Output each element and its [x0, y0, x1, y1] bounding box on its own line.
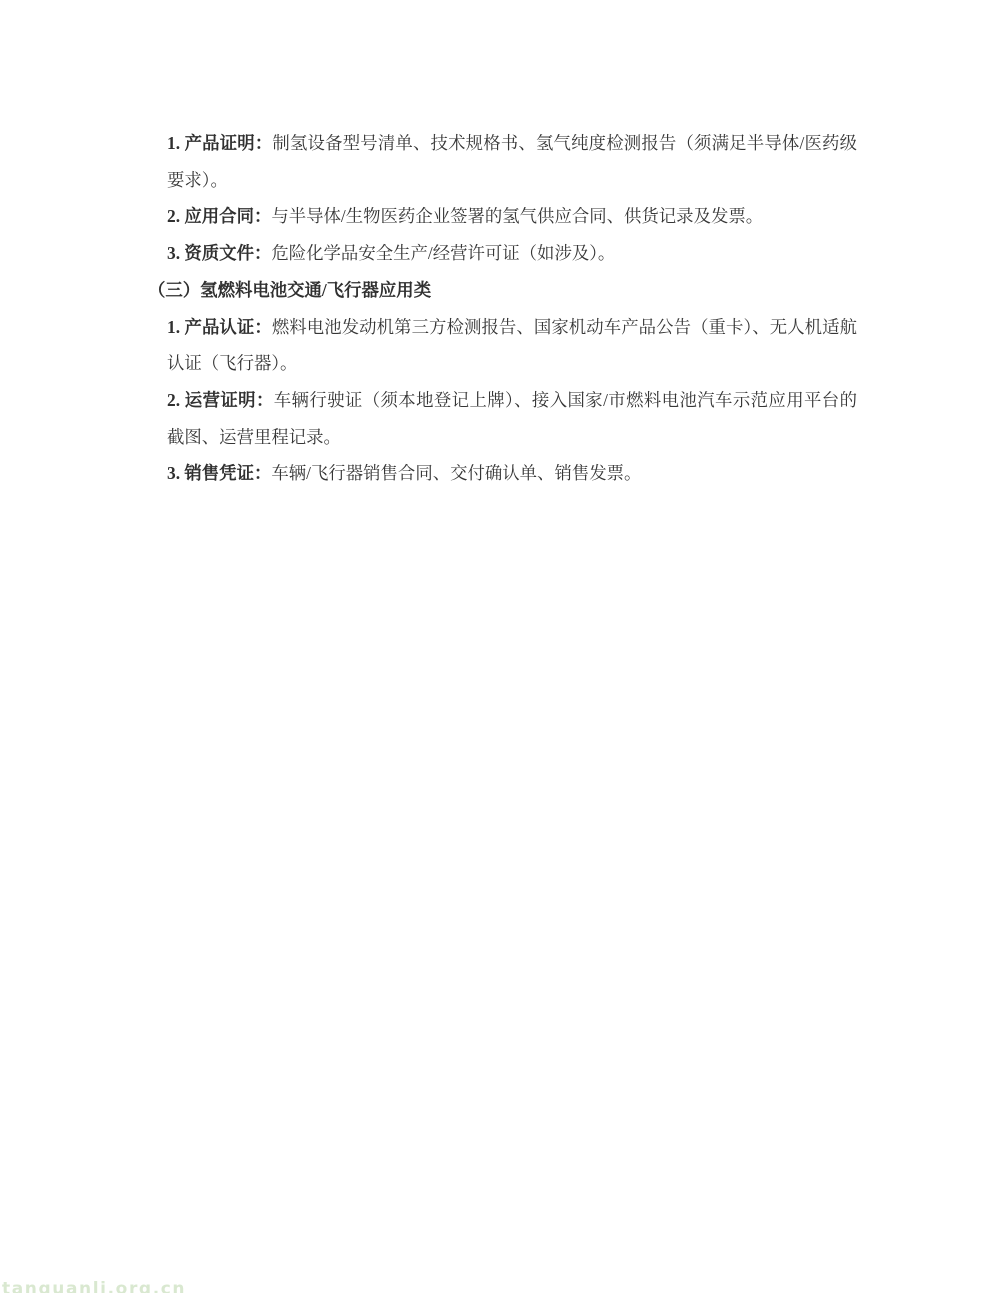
- paragraph-label: 1. 产品证明：: [167, 133, 272, 153]
- paragraph-label: 3. 销售凭证：: [167, 463, 271, 483]
- paragraph-text: 车辆/飞行器销售合同、交付确认单、销售发票。: [271, 463, 641, 483]
- paragraph: 3. 销售凭证：车辆/飞行器销售合同、交付确认单、销售发票。: [167, 455, 857, 492]
- paragraph: 2. 运营证明：车辆行驶证（须本地登记上牌）、接入国家/市燃料电池汽车示范应用平…: [167, 382, 857, 455]
- paragraph-text: 危险化学品安全生产/经营许可证（如涉及）。: [271, 243, 615, 263]
- paragraph-text: 与半导体/生物医药企业签署的氢气供应合同、供货记录及发票。: [271, 206, 763, 226]
- document-body: 1. 产品证明：制氢设备型号清单、技术规格书、氢气纯度检测报告（须满足半导体/医…: [148, 125, 860, 492]
- paragraph: 1. 产品认证：燃料电池发动机第三方检测报告、国家机动车产品公告（重卡）、无人机…: [167, 309, 857, 382]
- paragraph-label: 1. 产品认证：: [167, 317, 272, 337]
- paragraph: 2. 应用合同：与半导体/生物医药企业签署的氢气供应合同、供货记录及发票。: [167, 198, 857, 235]
- paragraph: 3. 资质文件：危险化学品安全生产/经营许可证（如涉及）。: [167, 235, 857, 272]
- watermark: tanguanli.org.cn: [2, 1279, 186, 1293]
- paragraph-label: 2. 运营证明：: [167, 390, 274, 410]
- paragraph: （三）氢燃料电池交通/飞行器应用类: [148, 272, 860, 309]
- document-page: 1. 产品证明：制氢设备型号清单、技术规格书、氢气纯度检测报告（须满足半导体/医…: [0, 0, 1000, 1293]
- paragraph: 1. 产品证明：制氢设备型号清单、技术规格书、氢气纯度检测报告（须满足半导体/医…: [167, 125, 857, 198]
- paragraph-label: 2. 应用合同：: [167, 206, 271, 226]
- paragraph-label: （三）氢燃料电池交通/飞行器应用类: [148, 280, 431, 300]
- paragraph-label: 3. 资质文件：: [167, 243, 271, 263]
